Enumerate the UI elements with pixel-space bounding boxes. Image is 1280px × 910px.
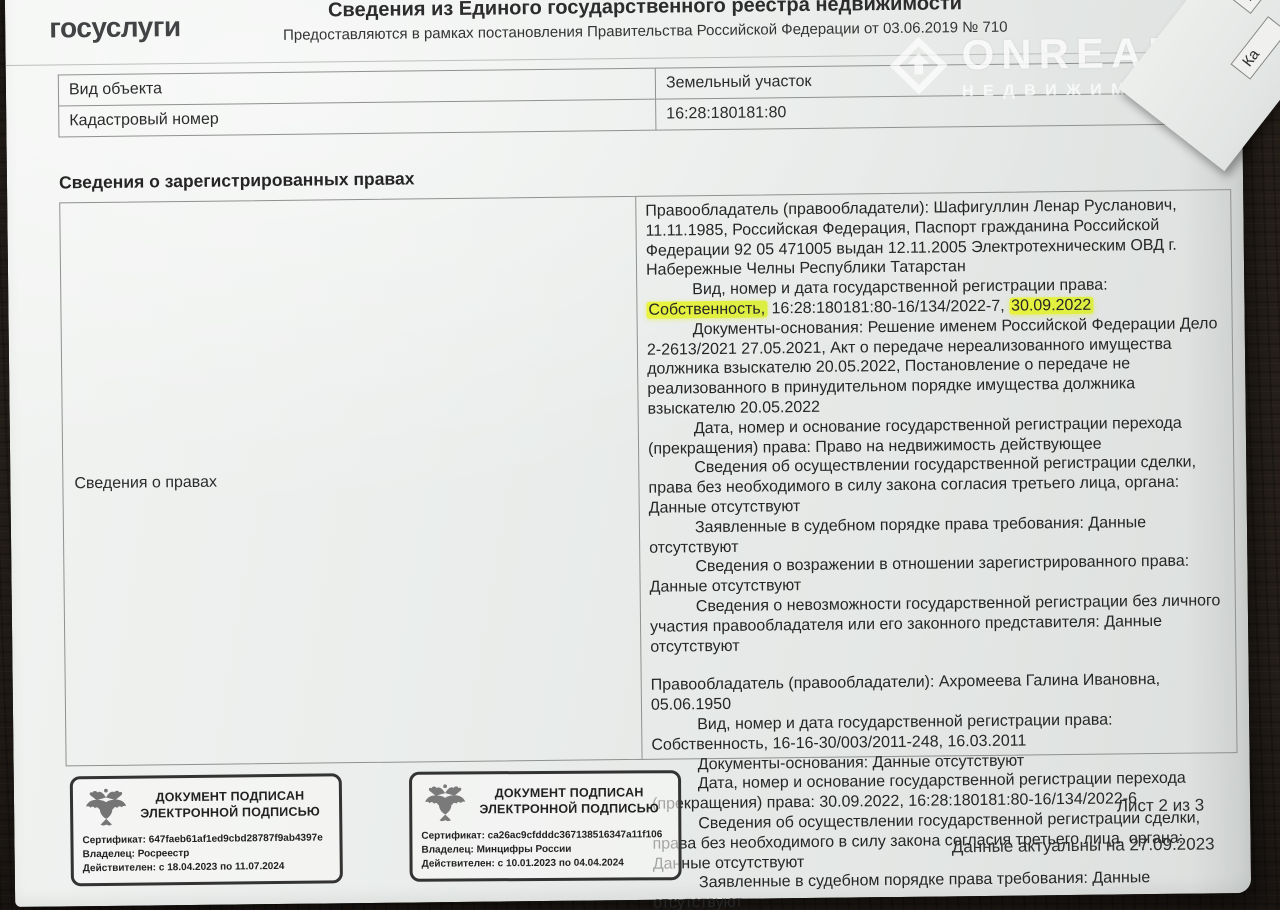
object-table: Вид объекта Земельный участок Кадастровы… (58, 61, 1229, 137)
text-segment: Сведения о возражении в отношении зареги… (650, 553, 1190, 596)
text-segment: Заявленные в судебном порядке права треб… (649, 514, 1146, 556)
document-header: Сведения из Единого государственного рее… (245, 0, 1045, 44)
document-subtitle: Предоставляются в рамках постановления П… (245, 18, 1045, 44)
under-sheet-label: Вид об (1231, 0, 1280, 14)
text-segment: Вид, номер и дата государственной регист… (692, 277, 1108, 299)
rights-table: Сведения о правах Правообладатель (право… (59, 189, 1237, 766)
text-segment: Правообладатель (правообладатели): Ахром… (651, 671, 1160, 714)
rights-paragraph: Вид, номер и дата государственной регист… (651, 709, 1228, 755)
photo-of-document: { "header": { "logo": "госуслуги", "titl… (0, 0, 1280, 910)
coat-of-arms-icon (421, 781, 469, 823)
text-segment: Дата, номер и основание государственной … (652, 770, 1186, 813)
stamp-title: ДОКУМЕНТ ПОДПИСАН ЭЛЕКТРОННОЙ ПОДПИСЬЮ (469, 786, 669, 818)
rights-paragraph: Сведения о возражении в отношении зареги… (649, 552, 1226, 598)
coat-of-arms-icon (82, 786, 130, 829)
text-segment: Сведения об осуществлении государственно… (648, 454, 1196, 517)
text-segment: Документы-основания: Данные отсутствуют (698, 752, 1025, 773)
rights-row-label: Сведения о правах (60, 197, 642, 765)
document-page: госуслуги Сведения из Единого государств… (5, 0, 1251, 907)
stamp-validity: Действителен: с 18.04.2023 по 11.07.2024 (83, 860, 331, 877)
rights-paragraph: Вид, номер и дата государственной регист… (646, 274, 1223, 320)
text-segment: Документы-основания: Решение именем Росс… (647, 315, 1218, 418)
section-heading: Сведения о зарегистрированных правах (59, 168, 415, 193)
rights-paragraph: Дата, номер и основание государственной … (648, 413, 1225, 459)
gosuslugi-logo: госуслуги (49, 11, 181, 44)
highlighted-text: Собственность, (646, 300, 767, 318)
rights-paragraph: Документы-основания: Решение именем Росс… (647, 314, 1225, 420)
rights-paragraph: Сведения об осуществлении государственно… (648, 453, 1226, 519)
text-segment: Дата, номер и основание государственной … (648, 414, 1182, 457)
cadastral-number-label: Кадастровый номер (59, 99, 656, 137)
text-segment: Сведения о невозможности государственной… (650, 592, 1220, 655)
rights-paragraph: Заявленные в судебном порядке права треб… (649, 512, 1226, 558)
sheet-number: Лист 2 из 3 (1117, 795, 1205, 816)
data-actual-date: Данные актуальны на 27.09.2023 (952, 834, 1215, 857)
under-sheet-label: Ка (1230, 16, 1280, 80)
rights-paragraph: Заявленные в судебном порядке права треб… (653, 867, 1230, 910)
stamp-owner: Владелец: Минцифры России (421, 842, 669, 858)
stamp-certificate: Сертификат: ca26ac9cfdddc367138516347a11… (421, 828, 669, 844)
text-segment: Правообладатель (правообладатели): Шафиг… (645, 197, 1177, 279)
text-segment: 16:28:180181:80-16/134/2022-7, (767, 298, 1009, 318)
text-segment: Заявленные в судебном порядке права треб… (653, 869, 1150, 910)
highlighted-text: 30.09.2022 (1009, 297, 1093, 315)
rights-paragraph: Правообладатель (правообладатели): Шафиг… (645, 195, 1223, 281)
text-segment: Вид, номер и дата государственной регист… (651, 711, 1112, 753)
rights-paragraphs: Правообладатель (правообладатели): Шафиг… (636, 190, 1236, 759)
stamp-validity: Действителен: с 10.01.2023 по 04.04.2024 (422, 857, 670, 873)
rights-paragraph: Правообладатель (правообладатели): Ахром… (651, 670, 1228, 716)
stamp-title: ДОКУМЕНТ ПОДПИСАН ЭЛЕКТРОННОЙ ПОДПИСЬЮ (130, 789, 330, 823)
signature-stamp: ДОКУМЕНТ ПОДПИСАН ЭЛЕКТРОННОЙ ПОДПИСЬЮ С… (70, 773, 343, 886)
rights-paragraph: Сведения о невозможности государственной… (650, 591, 1228, 657)
signature-stamp: ДОКУМЕНТ ПОДПИСАН ЭЛЕКТРОННОЙ ПОДПИСЬЮ С… (409, 770, 682, 881)
